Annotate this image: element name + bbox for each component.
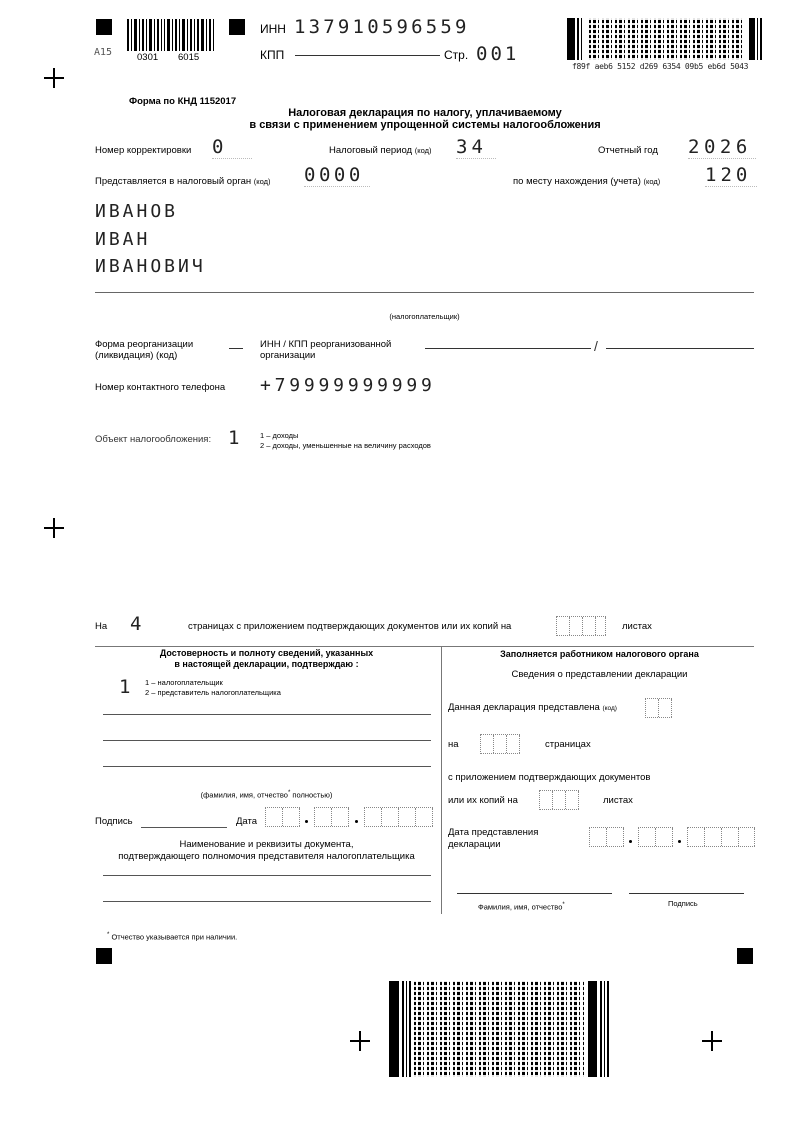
reorg-form-field[interactable]	[229, 348, 243, 349]
confirmer-option-2: 2 – представитель налогоплательщика	[145, 688, 281, 697]
confirmer-name-line-3[interactable]	[103, 766, 431, 767]
submission-date-label-2: декларации	[448, 839, 501, 850]
officer-name-line[interactable]	[457, 893, 612, 894]
attachments-sheets-field[interactable]	[556, 616, 606, 636]
fio-caption-end: полностью)	[292, 791, 332, 800]
linear-barcode	[127, 19, 216, 51]
tax-object-label: Объект налогообложения:	[95, 434, 211, 445]
authority-doc-title-1: Наименование и реквизиты документа,	[95, 839, 438, 850]
correction-field[interactable]: 0	[212, 136, 252, 159]
confirmer-name-line-1[interactable]	[103, 714, 431, 715]
crosshair-mark-left-top	[44, 68, 64, 88]
confirm-title-line-1: Достоверность и полноту сведений, указан…	[95, 648, 438, 658]
reorg-form-label-2: (ликвидация) (код)	[95, 350, 177, 361]
correction-label: Номер корректировки	[95, 145, 191, 156]
submission-date-year[interactable]	[687, 827, 755, 847]
date-year-field[interactable]	[364, 807, 433, 827]
registration-mark-bottom-left	[96, 948, 112, 964]
registration-mark-top-left	[96, 19, 112, 35]
footnote-star: *	[107, 932, 109, 938]
form-title-line-1: Налоговая декларация по налогу, уплачива…	[150, 107, 700, 119]
footnote-text: Отчество указывается при наличии.	[111, 933, 237, 942]
page-value: 001	[476, 43, 519, 65]
authority-label: Представляется в налоговый орган (код)	[95, 176, 271, 187]
officer-sign-line[interactable]	[629, 893, 744, 894]
submission-date-sep-2	[678, 840, 681, 843]
submission-date-day[interactable]	[589, 827, 624, 847]
officer-name-caption-text: Фамилия, имя, отчество	[478, 903, 562, 912]
confirmer-name-line-2[interactable]	[103, 740, 431, 741]
year-label: Отчетный год	[598, 145, 658, 156]
inn-label: ИНН	[260, 22, 286, 36]
officer-sheets-label: листах	[603, 795, 633, 806]
reorg-inn-field[interactable]	[425, 348, 591, 349]
officer-section-subtitle: Сведения о представлении декларации	[445, 669, 754, 680]
fio-caption-text: (фамилия, имя, отчество	[201, 791, 288, 800]
submission-date-sep-1	[629, 840, 632, 843]
taxpayer-underline	[95, 292, 754, 293]
date-day-field[interactable]	[265, 807, 300, 827]
barcode-number-2: 6015	[178, 52, 199, 63]
authority-code-hint: (код)	[254, 177, 271, 186]
bottom-2d-barcode	[389, 981, 612, 1077]
submitted-label-text: Данная декларация представлена	[448, 702, 600, 713]
kpp-label: КПП	[260, 48, 284, 62]
knd-form-code: Форма по КНД 1152017	[129, 96, 236, 107]
officer-sheets-field[interactable]	[539, 790, 579, 810]
confirm-title-line-2: в настоящей декларации, подтверждаю :	[95, 659, 438, 669]
submission-date-month[interactable]	[638, 827, 673, 847]
attach-label-1: с приложением подтверждающих документов	[448, 772, 650, 783]
authority-label-text: Представляется в налоговый орган	[95, 176, 251, 187]
top-2d-barcode	[567, 18, 765, 60]
reorg-inn-kpp-label-2: организации	[260, 350, 315, 361]
authority-doc-title-2: подтверждающего полномочия представителя…	[95, 851, 438, 862]
submitted-code-hint: (код)	[602, 705, 617, 712]
registration-mark-top-mid	[229, 19, 245, 35]
taxpayer-first-name[interactable]: ИВАН	[95, 229, 150, 250]
inn-value: 137910596559	[294, 16, 470, 38]
form-title-line-2: в связи с применением упрощенной системы…	[150, 119, 700, 131]
signature-field[interactable]	[141, 827, 227, 828]
kpp-line	[295, 55, 440, 56]
crosshair-mark-bottom-right	[702, 1031, 722, 1051]
reorg-inn-kpp-label-1: ИНН / КПП реорганизованной	[260, 339, 391, 350]
submitted-code-field[interactable]	[645, 698, 672, 718]
tax-object-field[interactable]: 1	[228, 427, 243, 449]
pages-suffix: листах	[622, 621, 652, 632]
officer-sign-caption: Подпись	[668, 899, 698, 908]
pages-count-field[interactable]: 4	[130, 613, 145, 635]
officer-section-title: Заполняется работником налогового органа	[445, 649, 754, 659]
column-divider	[441, 646, 442, 914]
tax-object-option-2: 2 – доходы, уменьшенные на величину расх…	[260, 441, 431, 450]
confirmer-type-field[interactable]: 1	[119, 676, 134, 698]
officer-pages-field[interactable]	[480, 734, 520, 754]
authority-field[interactable]: 0000	[304, 164, 370, 187]
footnote: * Отчество указывается при наличии.	[107, 932, 237, 942]
location-label: по месту нахождения (учета) (код)	[513, 176, 660, 187]
date-separator-2	[355, 820, 358, 823]
top-barcode-caption: f89f aeb6 5152 d269 6354 09b5 eb6d 5043	[572, 62, 748, 71]
reorg-form-label-1: Форма реорганизации	[95, 339, 193, 350]
reorg-separator: /	[594, 338, 598, 354]
pages-prefix: На	[95, 621, 107, 632]
location-field[interactable]: 120	[705, 164, 757, 187]
location-label-text: по месту нахождения (учета)	[513, 176, 641, 187]
submission-date-label-1: Дата представления	[448, 827, 538, 838]
submitted-label: Данная декларация представлена (код)	[448, 702, 617, 713]
taxpayer-last-name[interactable]: ИВАНОВ	[95, 201, 178, 222]
date-label: Дата	[236, 816, 257, 827]
officer-name-caption: Фамилия, имя, отчество*	[478, 902, 565, 912]
barcode-number-1: 0301	[137, 52, 158, 63]
period-label: Налоговый период (код)	[329, 145, 431, 156]
phone-field[interactable]: +79999999999	[260, 375, 436, 396]
officer-pages-label: страницах	[545, 739, 591, 750]
tax-object-option-1: 1 – доходы	[260, 431, 298, 440]
confirmer-option-1: 1 – налогоплательщик	[145, 678, 223, 687]
fio-caption-star: *	[288, 790, 290, 796]
location-code-hint: (код)	[644, 177, 661, 186]
phone-label: Номер контактного телефона	[95, 382, 225, 393]
crosshair-mark-left-mid	[44, 518, 64, 538]
taxpayer-caption: (налогоплательщик)	[95, 312, 754, 321]
taxpayer-patronymic[interactable]: ИВАНОВИЧ	[95, 256, 206, 277]
authority-doc-line-2[interactable]	[103, 901, 431, 902]
period-field[interactable]: 34	[456, 136, 496, 159]
authority-doc-line-1[interactable]	[103, 875, 431, 876]
fio-caption: (фамилия, имя, отчество* полностью)	[95, 790, 438, 800]
section-divider	[95, 646, 754, 647]
pages-middle-text: страницах с приложением подтверждающих д…	[188, 621, 511, 632]
attach-label-2: или их копий на	[448, 795, 518, 806]
signature-label: Подпись	[95, 816, 133, 827]
on-label: на	[448, 739, 459, 750]
form-code-label: A15	[94, 47, 112, 58]
officer-name-caption-star: *	[562, 902, 564, 908]
period-label-text: Налоговый период	[329, 145, 412, 156]
date-separator-1	[305, 820, 308, 823]
registration-mark-bottom-right	[737, 948, 753, 964]
year-field[interactable]: 2026	[688, 136, 756, 159]
date-month-field[interactable]	[314, 807, 349, 827]
period-code-hint: (код)	[415, 146, 432, 155]
page-label: Стр.	[444, 48, 468, 62]
crosshair-mark-bottom-left	[350, 1031, 370, 1051]
reorg-kpp-field[interactable]	[606, 348, 754, 349]
